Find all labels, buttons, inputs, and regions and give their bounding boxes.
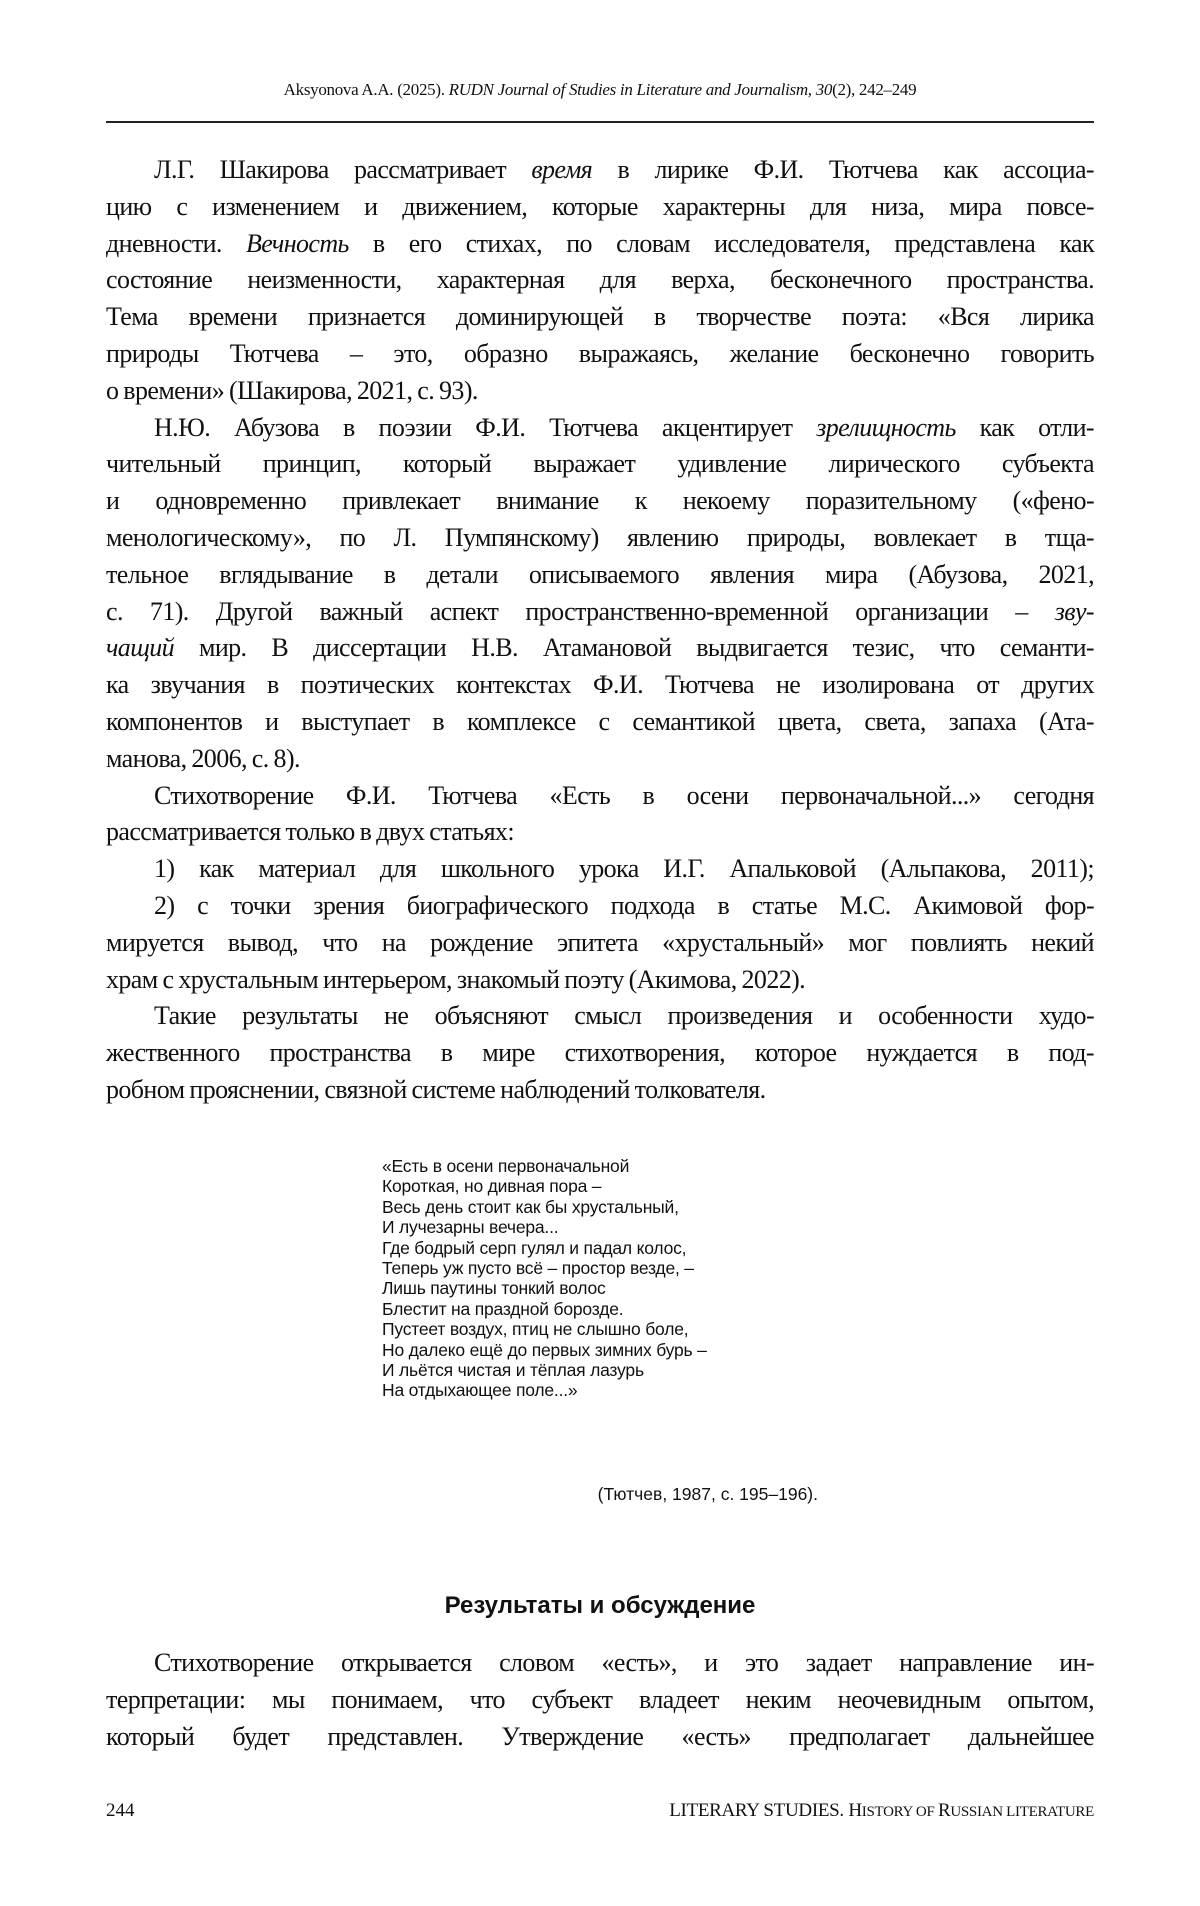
text-segment: Тема времени признается доминирующей в т…	[106, 302, 1094, 331]
text-line: который будет представлен. Утверждение «…	[106, 1719, 1094, 1756]
text-segment: в его стихах, по словам исследователя, п…	[349, 229, 1094, 258]
text-segment: компонентов и выступает в комплексе с се…	[106, 707, 1094, 736]
poem-line: На отдыхающее поле...»	[382, 1380, 707, 1400]
text-line: о времени» (Шакирова, 2021, с. 93).	[106, 373, 1094, 410]
poem-line: Но далеко ещё до первых зимних бурь –	[382, 1340, 707, 1360]
poem-line: Короткая, но дивная пора –	[382, 1176, 707, 1196]
text-segment: состояние неизменности, характерная для …	[106, 265, 1094, 294]
text-line: Стихотворение открывается словом «есть»,…	[106, 1645, 1094, 1682]
text-line: терпретации: мы понимаем, что субъект вл…	[106, 1682, 1094, 1719]
footer-letter: R	[938, 1800, 950, 1821]
text-segment: как отли-	[956, 413, 1094, 442]
text-segment: манова, 2006, с. 8).	[106, 744, 300, 773]
text-segment: природы Тютчева – это, образно выражаясь…	[106, 339, 1094, 368]
text-line: Тема времени признается доминирующей в т…	[106, 299, 1094, 336]
text-line: ка звучания в поэтических контекстах Ф.И…	[106, 667, 1094, 704]
text-line: дневности. Вечность в его стихах, по сло…	[106, 226, 1094, 263]
running-head-author: Aksyonova A.A. (2025).	[284, 80, 449, 99]
running-head-journal: RUDN Journal of Studies in Literature an…	[449, 80, 832, 99]
text-line: природы Тютчева – это, образно выражаясь…	[106, 336, 1094, 373]
poem-line: «Есть в осени первоначальной	[382, 1156, 707, 1176]
running-head: Aksyonova A.A. (2025). RUDN Journal of S…	[0, 80, 1200, 100]
italic-term: зрелищность	[816, 413, 955, 442]
poem-line: Где бодрый серп гулял и падал колос,	[382, 1238, 707, 1258]
text-segment: мир. В диссертации Н.В. Атамановой выдви…	[174, 633, 1094, 662]
footer-smallcaps: ISTORY OF	[862, 1804, 938, 1820]
text-segment: Такие результаты не объясняют смысл прои…	[154, 1001, 1094, 1030]
page-number: 244	[106, 1800, 135, 1822]
italic-term: чащий	[106, 633, 174, 662]
running-head-pages: (2), 242–249	[832, 80, 916, 99]
footer-letter: H	[848, 1800, 861, 1821]
text-segment: о времени» (Шакирова, 2021, с. 93).	[106, 376, 478, 405]
footer-smallcaps: USSIAN LITERATURE	[950, 1804, 1094, 1820]
text-segment: Л.Г. Шакирова рассматривает	[154, 155, 531, 184]
text-line: манова, 2006, с. 8).	[106, 741, 1094, 778]
text-segment: тельное вглядывание в детали описываемог…	[106, 560, 1094, 589]
poem-line: Весь день стоит как бы хрустальный,	[382, 1197, 707, 1217]
text-line: Н.Ю. Абузова в поэзии Ф.И. Тютчева акцен…	[106, 410, 1094, 447]
text-segment: Стихотворение Ф.И. Тютчева «Есть в осени…	[154, 781, 1094, 810]
header-rule	[106, 121, 1094, 123]
text-segment: храм с хрустальным интерьером, знакомый …	[106, 965, 805, 994]
italic-term: время	[531, 155, 592, 184]
text-segment: 2) с точки зрения биографического подход…	[154, 891, 1094, 920]
text-segment: чительный принцип, который выражает удив…	[106, 449, 1094, 478]
section-body-text: Стихотворение открывается словом «есть»,…	[106, 1645, 1094, 1755]
text-line: 2) с точки зрения биографического подход…	[106, 888, 1094, 925]
text-line: Л.Г. Шакирова рассматривает время в лири…	[106, 152, 1094, 189]
poem-citation: (Тютчев, 1987, с. 195–196).	[382, 1484, 818, 1505]
text-line: компонентов и выступает в комплексе с се…	[106, 704, 1094, 741]
text-segment: Н.Ю. Абузова в поэзии Ф.И. Тютчева акцен…	[154, 413, 816, 442]
text-segment: в лирике Ф.И. Тютчева как ассоциа-	[592, 155, 1094, 184]
text-segment: рассматривается только в двух статьях:	[106, 817, 514, 846]
text-line: жественного пространства в мире стихотво…	[106, 1035, 1094, 1072]
text-segment: робном прояснении, связной системе наблю…	[106, 1075, 766, 1104]
text-segment: дневности.	[106, 229, 246, 258]
footer-section-caps: LITERARY STUDIES.	[669, 1800, 848, 1821]
text-line: менологическому», по Л. Пумпянскому) явл…	[106, 520, 1094, 557]
text-line: Стихотворение Ф.И. Тютчева «Есть в осени…	[106, 778, 1094, 815]
poem-line: Теперь уж пусто всё – простор везде, –	[382, 1258, 707, 1278]
poem-line: И льётся чистая и тёплая лазурь	[382, 1360, 707, 1380]
text-line: Такие результаты не объясняют смысл прои…	[106, 998, 1094, 1035]
text-line: с. 71). Другой важный аспект пространств…	[106, 594, 1094, 631]
text-segment: цию с изменением и движением, которые ха…	[106, 192, 1094, 221]
poem-line: Пустеет воздух, птиц не слышно боле,	[382, 1319, 707, 1339]
text-segment: мируется вывод, что на рождение эпитета …	[106, 928, 1094, 957]
text-segment: и одновременно привлекает внимание к нек…	[106, 486, 1094, 515]
text-line: цию с изменением и движением, которые ха…	[106, 189, 1094, 226]
text-line: 1) как материал для школьного урока И.Г.…	[106, 851, 1094, 888]
text-line: чащий мир. В диссертации Н.В. Атамановой…	[106, 630, 1094, 667]
poem-line: И лучезарны вечера...	[382, 1217, 707, 1237]
text-line: робном прояснении, связной системе наблю…	[106, 1072, 1094, 1109]
text-line: состояние неизменности, характерная для …	[106, 262, 1094, 299]
text-segment: ка звучания в поэтических контекстах Ф.И…	[106, 670, 1094, 699]
italic-term: зву-	[1055, 597, 1094, 626]
text-line: мируется вывод, что на рождение эпитета …	[106, 925, 1094, 962]
text-line: чительный принцип, который выражает удив…	[106, 446, 1094, 483]
section-heading: Результаты и обсуждение	[0, 1592, 1200, 1620]
body-text: Л.Г. Шакирова рассматривает время в лири…	[106, 152, 1094, 1109]
text-line: тельное вглядывание в детали описываемог…	[106, 557, 1094, 594]
italic-term: Вечность	[246, 229, 349, 258]
poem-line: Блестит на праздной борозде.	[382, 1299, 707, 1319]
text-segment: менологическому», по Л. Пумпянскому) явл…	[106, 523, 1094, 552]
text-segment: с. 71). Другой важный аспект пространств…	[106, 597, 1055, 626]
poem-quote: «Есть в осени первоначальнойКороткая, но…	[382, 1156, 707, 1401]
text-segment: 1) как материал для школьного урока И.Г.…	[154, 854, 1094, 883]
text-line: храм с хрустальным интерьером, знакомый …	[106, 962, 1094, 999]
text-segment: жественного пространства в мире стихотво…	[106, 1038, 1094, 1067]
text-line: и одновременно привлекает внимание к нек…	[106, 483, 1094, 520]
running-foot-section: LITERARY STUDIES. HISTORY OF RUSSIAN LIT…	[669, 1800, 1094, 1822]
text-line: рассматривается только в двух статьях:	[106, 814, 1094, 851]
poem-line: Лишь паутины тонкий волос	[382, 1278, 707, 1298]
